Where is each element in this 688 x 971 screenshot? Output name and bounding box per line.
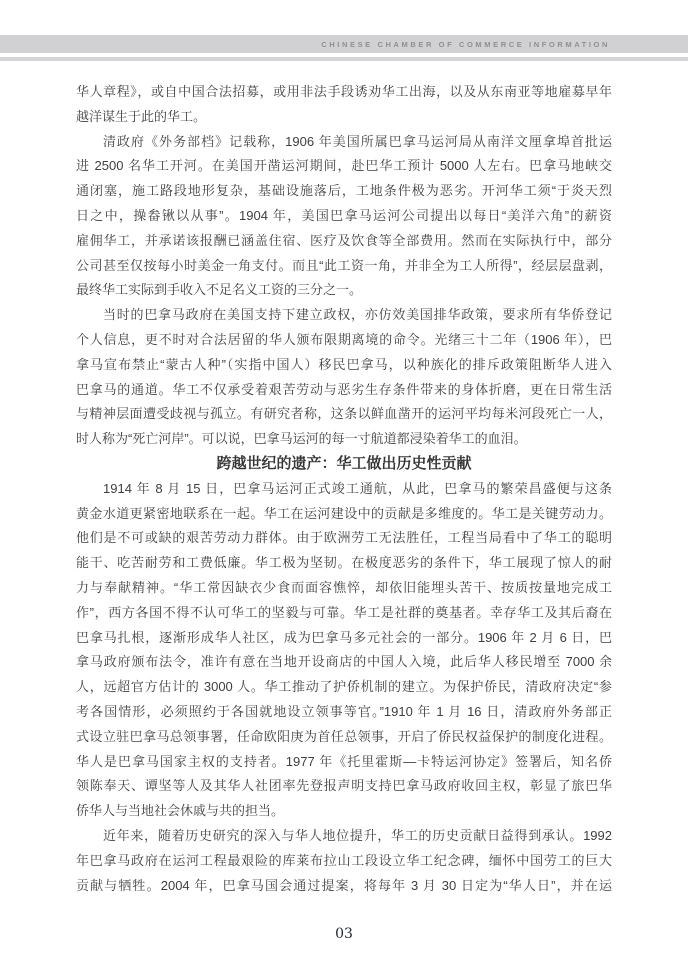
text-line: 雇佣华工，并承诺该报酬已涵盖住宿、医疗及饮食等全部费用。然而在实际执行中，部分 [76, 229, 612, 254]
header-banner: CHINESE CHAMBER OF COMMERCE INFORMATION [0, 35, 688, 53]
text-line: 与精神层面遭受歧视与孤立。有研究者称，这条以鲜血凿开的运河平均每米河段死亡一人， [76, 402, 612, 427]
page-footer: 03 [0, 925, 688, 943]
text-line: 能干、吃苦耐劳和工费低廉。华工极为坚韧。在极度恶劣的条件下，华工展现了惊人的耐 [76, 551, 612, 576]
text-line: 通闭塞，施工路段地形复杂，基础设施落后，工地条件极为恶劣。开河华工须“于炎天烈 [76, 179, 612, 204]
text-line: 个人信息，更不时对合法居留的华人颁布限期离境的命令。光绪三十二年（1906 年）… [76, 328, 612, 353]
text-line: 力与奉献精神。“华工常因缺衣少食而面容憔悴，却依旧能埋头苦干、按质按量地完成工 [76, 576, 612, 601]
section-heading: 跨越世纪的遗产：华工做出历史性贡献 [76, 452, 612, 477]
text-line: 考各国情形，必须照约于各国就地设立领事等官。”1910 年 1 月 16 日，清… [76, 700, 612, 725]
text-line: 进 2500 名华工开河。在美国开凿运河期间，赴巴华工预计 5000 人左右。巴… [76, 154, 612, 179]
text-line: 巴拿马扎根，逐渐形成华人社区，成为巴拿马多元社会的一部分。1906 年 2 月 … [76, 626, 612, 651]
text-line: 越洋谋生于此的华工。 [76, 105, 612, 130]
text-line: 式设立驻巴拿马总领事署，任命欧阳庚为首任总领事，开启了侨民权益保护的制度化进程。 [76, 725, 612, 750]
text-line: 年巴拿马政府在运河工程最艰险的库莱布拉山工段设立华工纪念碑，缅怀中国劳工的巨大 [76, 849, 612, 874]
text-line: 日之中，操畚锹以从事”。1904 年，美国巴拿马运河公司提出以每日“美洋六角”的… [76, 204, 612, 229]
text-line: 1914 年 8 月 15 日，巴拿马运河正式竣工通航，从此，巴拿马的繁荣昌盛便… [76, 477, 612, 502]
header-banner-text: CHINESE CHAMBER OF COMMERCE INFORMATION [321, 40, 610, 49]
text-line: 他们是不可或缺的艰苦劳动力群体。由于欧洲劳工无法胜任，工程当局看中了华工的聪明 [76, 526, 612, 551]
text-line: 作”，西方各国不得不认可华工的坚毅与可靠。华工是社群的奠基者。幸存华工及其后裔在 [76, 601, 612, 626]
text-line: 公司甚至仅按每小时美金一角支付。而且“此工资一角，并非全为工人所得”，经层层盘剥… [76, 254, 612, 279]
text-line: 拿马宣布禁止“蒙古人种”（实指中国人）移民巴拿马，以种族化的排斥政策阻断华人进入 [76, 353, 612, 378]
text-line: 拿马政府颁布法令，准许有意在当地开设商店的中国人入境，此后华人移民增至 7000… [76, 650, 612, 675]
text-line: 巴拿马的通道。华工不仅承受着艰苦劳动与恶劣生存条件带来的身体折磨，更在日常生活 [76, 378, 612, 403]
text-line: 华人是巴拿马国家主权的支持者。1977 年《托里霍斯—卡特运河协定》签署后，知名… [76, 750, 612, 775]
text-line: 当时的巴拿马政府在美国支持下建立政权，亦仿效美国排华政策，要求所有华侨登记 [76, 303, 612, 328]
text-line: 华人章程》，或自中国合法招募，或用非法手段诱劝华工出海，以及从东南亚等地雇募早年 [76, 80, 612, 105]
text-line: 黄金水道更紧密地联系在一起。华工在运河建设中的贡献是多维度的。华工是关键劳动力。 [76, 502, 612, 527]
text-line: 最终华工实际到手收入不足名义工资的三分之一。 [76, 278, 612, 303]
text-line: 人，远超官方估计的 3000 人。华工推动了护侨机制的建立。为保护侨民，清政府决… [76, 675, 612, 700]
text-line: 清政府《外务部档》记载称，1906 年美国所属巴拿马运河局从南洋文厘拿埠首批运 [76, 130, 612, 155]
text-line: 领陈奉天、谭坚等人及其华人社团率先登报声明支持巴拿马政府收回主权，彰显了旅巴华 [76, 774, 612, 799]
header-divider-line [0, 57, 688, 61]
text-line: 时人称为“死亡河岸”。可以说，巴拿马运河的每一寸航道都浸染着华工的血泪。 [76, 427, 612, 452]
text-line: 近年来，随着历史研究的深入与华人地位提升，华工的历史贡献日益得到承认。1992 [76, 824, 612, 849]
page-number: 03 [335, 926, 353, 942]
text-line: 侨华人与当地社会休戚与共的担当。 [76, 799, 612, 824]
document-page: CHINESE CHAMBER OF COMMERCE INFORMATION … [0, 0, 688, 971]
article-body: 华人章程》，或自中国合法招募，或用非法手段诱劝华工出海，以及从东南亚等地雇募早年… [76, 80, 612, 898]
text-line: 贡献与牺牲。2004 年，巴拿马国会通过提案，将每年 3 月 30 日定为“华人… [76, 874, 612, 899]
